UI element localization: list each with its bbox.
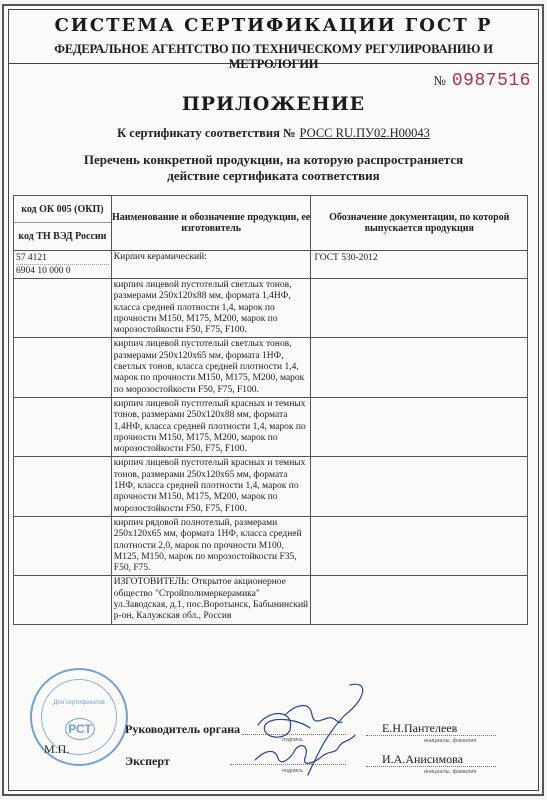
head-name-line xyxy=(366,735,496,736)
header-code-okp: код ОК 005 (ОКП) xyxy=(14,196,111,223)
doc-cell xyxy=(311,576,528,624)
table-header-row: код ОК 005 (ОКП) код ТН ВЭД России Наиме… xyxy=(14,196,528,251)
table-row: кирпич лицевой пустотелый светлых тонов,… xyxy=(14,279,528,338)
form-number-value: 0987516 xyxy=(452,71,531,91)
doc-cell xyxy=(311,397,528,456)
stamp-place-label: М.П. xyxy=(44,742,69,757)
number-sign: № xyxy=(433,73,445,88)
stamp-center-text: Для сертификатов xyxy=(32,700,126,707)
product-cell: кирпич лицевой пустотелый красных и темн… xyxy=(111,397,311,456)
table-row: 57 41216904 10 000 0Кирпич керамический:… xyxy=(14,251,528,279)
product-cell: кирпич лицевой пустотелый красных и темн… xyxy=(111,457,311,516)
head-name-caption: инициалы, фамилия xyxy=(424,738,476,744)
expert-name-caption: инициалы, фамилия xyxy=(424,769,476,775)
code-cell xyxy=(14,576,112,624)
code-okp: 57 4121 xyxy=(16,252,109,265)
code-cell xyxy=(14,338,112,397)
document-title: ПРИЛОЖЕНИЕ xyxy=(0,93,547,115)
product-cell: кирпич лицевой пустотелый светлых тонов,… xyxy=(111,338,311,397)
table-row: кирпич лицевой пустотелый светлых тонов,… xyxy=(14,338,528,397)
expert-role-label: Эксперт xyxy=(125,754,170,769)
code-cell xyxy=(14,397,112,456)
product-cell: кирпич лицевой пустотелый светлых тонов,… xyxy=(111,279,311,338)
code-cell xyxy=(14,516,112,575)
certificate-ref-value: РОСС RU.ПУ02.Н00043 xyxy=(300,126,430,140)
list-title-line2: действие сертификата соответствия xyxy=(0,168,547,184)
certificate-ref-label: К сертификату соответствия № xyxy=(117,126,295,140)
head-role-label: Руководитель органа xyxy=(125,722,240,737)
code-tn: 6904 10 000 0 xyxy=(16,265,109,277)
doc-cell xyxy=(311,338,528,397)
handwritten-signatures-icon xyxy=(250,680,380,780)
product-cell: кирпич рядовой полнотелый, размерами 250… xyxy=(111,516,311,575)
code-cell: 57 41216904 10 000 0 xyxy=(14,251,112,279)
header-docs: Обозначение документации, по которой вып… xyxy=(311,196,528,251)
rst-logo-icon: РСТ xyxy=(65,718,95,740)
document-header: СИСТЕМА СЕРТИФИКАЦИИ ГОСТ Р ФЕДЕРАЛЬНОЕ … xyxy=(9,10,538,64)
code-cell xyxy=(14,279,112,338)
doc-cell: ГОСТ 530-2012 xyxy=(311,251,528,279)
header-product: Наименование и обозначение продукции, ее… xyxy=(111,196,311,251)
list-title-line1: Перечень конкретной продукции, на котору… xyxy=(0,152,547,168)
doc-cell xyxy=(311,279,528,338)
table-row: кирпич лицевой пустотелый красных и темн… xyxy=(14,397,528,456)
header-code-tn: код ТН ВЭД России xyxy=(14,223,111,250)
header-codes: код ОК 005 (ОКП) код ТН ВЭД России xyxy=(14,196,112,251)
agency-name: ФЕДЕРАЛЬНОЕ АГЕНТСТВО ПО ТЕХНИЧЕСКОМУ РЕ… xyxy=(9,42,538,72)
doc-cell xyxy=(311,516,528,575)
certificate-reference: К сертификату соответствия №РОСС RU.ПУ02… xyxy=(0,126,547,141)
code-cell xyxy=(14,457,112,516)
form-number: №0987516 xyxy=(433,71,531,91)
table-row: кирпич рядовой полнотелый, размерами 250… xyxy=(14,516,528,575)
doc-cell xyxy=(311,457,528,516)
system-title: СИСТЕМА СЕРТИФИКАЦИИ ГОСТ Р xyxy=(9,15,538,36)
expert-name-line xyxy=(366,766,496,767)
product-cell: Кирпич керамический: xyxy=(111,251,311,279)
head-name: Е.Н.Пантелеев xyxy=(382,721,457,736)
product-cell: ИЗГОТОВИТЕЛЬ: Открытое акционерное общес… xyxy=(111,576,311,624)
product-table: код ОК 005 (ОКП) код ТН ВЭД России Наиме… xyxy=(13,195,528,625)
expert-name: И.А.Анисимова xyxy=(382,752,463,767)
table-row: кирпич лицевой пустотелый красных и темн… xyxy=(14,457,528,516)
table-row: ИЗГОТОВИТЕЛЬ: Открытое акционерное общес… xyxy=(14,576,528,624)
list-title: Перечень конкретной продукции, на котору… xyxy=(0,152,547,184)
